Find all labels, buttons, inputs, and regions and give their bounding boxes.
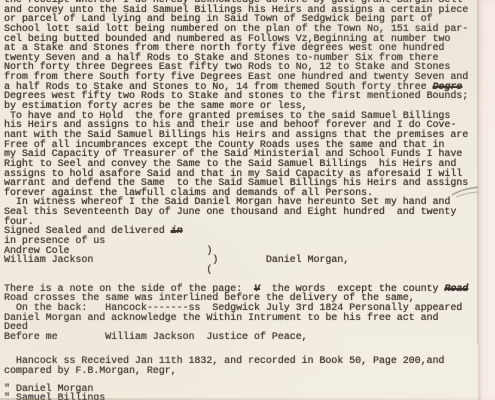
document-line: Seal this Seventeenth Day of June one th…	[4, 208, 495, 218]
document-page: the receipt whereof I do hereby acknowle…	[0, 0, 495, 400]
typewritten-text: Seal this Seventeenth Day of June one th…	[4, 207, 456, 218]
typewritten-text: Before me William Jackson Justice of Pea…	[4, 332, 308, 343]
document-lines: the receipt whereof I do hereby acknowle…	[4, 0, 495, 400]
typewritten-text: (	[4, 265, 212, 276]
overstruck-text: Road	[444, 284, 468, 295]
document-line: (	[4, 266, 495, 276]
document-line: Daniel Morgan and acknowledge the Within…	[4, 314, 495, 324]
typewritten-text: Daniel Morgan and acknowledge the Within…	[4, 313, 438, 324]
document-line: Before me William Jackson Justice of Pea…	[4, 333, 495, 343]
typewritten-text: compared by F.B.Morgan, Regr,	[4, 366, 177, 377]
document-line: compared by F.B.Morgan, Regr,	[4, 367, 495, 377]
paper-edge-strip	[478, 0, 495, 400]
overstruck-text: in	[171, 226, 183, 237]
